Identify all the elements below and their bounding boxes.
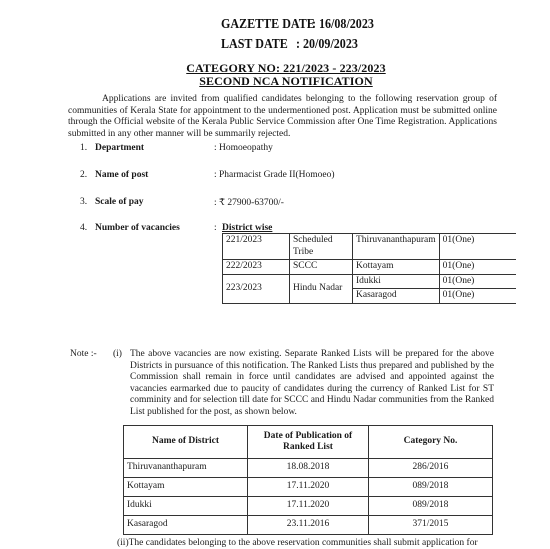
district-cell: Kasaragod bbox=[124, 516, 248, 535]
note-item-1: The above vacancies are now existing. Se… bbox=[130, 349, 494, 419]
item-number: 4. bbox=[80, 223, 87, 233]
district-cell: Thiruvananthapuram bbox=[353, 234, 440, 260]
community-line: Scheduled bbox=[293, 235, 333, 245]
vacancies-cell: 01(One) bbox=[439, 274, 516, 289]
district-cell: Thiruvananthapuram bbox=[124, 459, 248, 478]
category-cell: 371/2015 bbox=[369, 516, 493, 535]
header-category: Category No. bbox=[369, 426, 493, 459]
vacancies-cell: 01(One) bbox=[439, 260, 516, 275]
category-cell: 089/2018 bbox=[369, 478, 493, 497]
district-cell: Idukki bbox=[353, 274, 440, 289]
item-label-department: Department bbox=[95, 143, 144, 153]
item-label-pay: Scale of pay bbox=[95, 197, 144, 207]
district-cell: Idukki bbox=[124, 497, 248, 516]
vacancies-cell: 01(One) bbox=[439, 289, 516, 304]
item-value-post: : Pharmacist Grade II(Homoeo) bbox=[214, 170, 335, 180]
district-cell: Kasaragod bbox=[353, 289, 440, 304]
table-row: Idukki 17.11.2020 089/2018 bbox=[124, 497, 493, 516]
community-cell: SCCC bbox=[290, 260, 353, 275]
category-cell: 221/2023 bbox=[223, 234, 290, 260]
item-number: 1. bbox=[80, 143, 87, 153]
category-cell: 223/2023 bbox=[223, 274, 290, 303]
community-cell: Hindu Nadar bbox=[290, 274, 353, 303]
notification-heading-wrap: SECOND NCA NOTIFICATION bbox=[0, 72, 550, 90]
notification-heading: SECOND NCA NOTIFICATION bbox=[199, 74, 372, 88]
category-cell: 089/2018 bbox=[369, 497, 493, 516]
ranked-list-table: Name of District Date of Publication of … bbox=[123, 425, 493, 535]
item-value-district-wise: District wise bbox=[222, 223, 272, 233]
note-label: Note :- bbox=[70, 349, 97, 359]
gazette-date-label: GAZETTE DATE bbox=[221, 16, 315, 33]
last-date-value: : 20/09/2023 bbox=[296, 36, 358, 53]
category-cell: 222/2023 bbox=[223, 260, 290, 275]
table-header-row: Name of District Date of Publication of … bbox=[124, 426, 493, 459]
table-row: 222/2023 SCCC Kottayam 01(One) bbox=[223, 260, 516, 275]
item-value-pay: : ₹ 27900-63700/- bbox=[214, 197, 284, 208]
date-cell: 23.11.2016 bbox=[248, 516, 369, 535]
gazette-date-value: : 16/08/2023 bbox=[312, 16, 374, 33]
item-label-post: Name of post bbox=[95, 170, 148, 180]
item-label-vacancies: Number of vacancies bbox=[95, 223, 180, 233]
vacancies-cell: 01(One) bbox=[439, 234, 516, 260]
community-line: Tribe bbox=[293, 247, 313, 257]
intro-paragraph: Applications are invited from qualified … bbox=[68, 94, 497, 140]
note-item-marker: (i) bbox=[113, 349, 122, 359]
district-cell: Kottayam bbox=[353, 260, 440, 275]
item-value-department: : Homoeopathy bbox=[214, 143, 273, 153]
note-item-2: (ii)The candidates belonging to the abov… bbox=[117, 538, 478, 548]
table-row: Thiruvananthapuram 18.08.2018 286/2016 bbox=[124, 459, 493, 478]
item-number: 3. bbox=[80, 197, 87, 207]
date-cell: 17.11.2020 bbox=[248, 478, 369, 497]
last-date-label: LAST DATE bbox=[221, 36, 288, 53]
table-row: Kottayam 17.11.2020 089/2018 bbox=[124, 478, 493, 497]
date-cell: 18.08.2018 bbox=[248, 459, 369, 478]
table-row: Kasaragod 23.11.2016 371/2015 bbox=[124, 516, 493, 535]
table-row: 223/2023 Hindu Nadar Idukki 01(One) bbox=[223, 274, 516, 289]
item-number: 2. bbox=[80, 170, 87, 180]
category-cell: 286/2016 bbox=[369, 459, 493, 478]
vacancy-table: 221/2023 ScheduledTribe Thiruvananthapur… bbox=[222, 233, 516, 304]
item-value-prefix: : bbox=[214, 223, 217, 233]
date-cell: 17.11.2020 bbox=[248, 497, 369, 516]
header-date: Date of Publication of Ranked List bbox=[248, 426, 369, 459]
header-district: Name of District bbox=[124, 426, 248, 459]
community-cell: ScheduledTribe bbox=[290, 234, 353, 260]
table-row: 221/2023 ScheduledTribe Thiruvananthapur… bbox=[223, 234, 516, 260]
district-cell: Kottayam bbox=[124, 478, 248, 497]
